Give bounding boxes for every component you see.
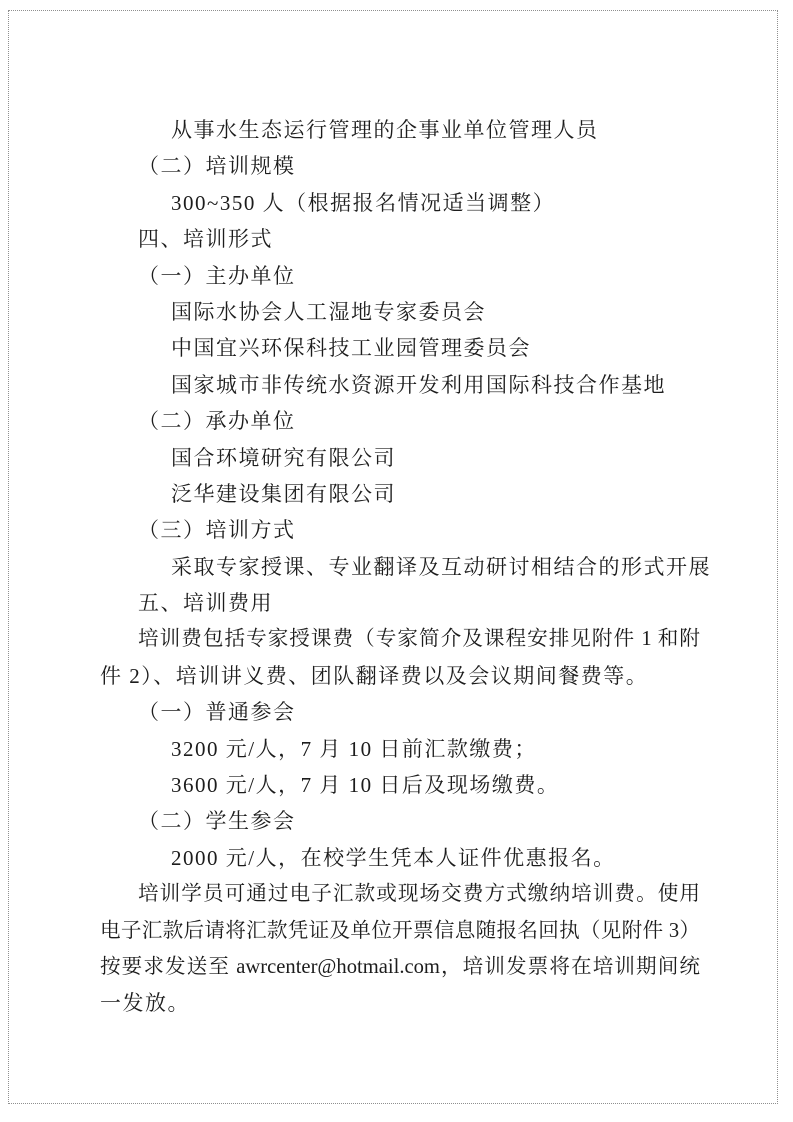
doc-line: 国合环境研究有限公司 bbox=[100, 440, 700, 476]
doc-line: 电子汇款后请将汇款凭证及单位开票信息随报名回执（见附件 3） bbox=[100, 913, 700, 949]
doc-line: （一）主办单位 bbox=[100, 258, 700, 294]
doc-line: 培训费包括专家授课费（专家简介及课程安排见附件 1 和附 bbox=[100, 621, 700, 657]
doc-line: 五、培训费用 bbox=[100, 585, 700, 621]
doc-line: （二）学生参会 bbox=[100, 803, 700, 839]
doc-line: （二）承办单位 bbox=[100, 403, 700, 439]
doc-line: 3200 元/人，7 月 10 日前汇款缴费； bbox=[100, 731, 700, 767]
doc-line: 2000 元/人，在校学生凭本人证件优惠报名。 bbox=[100, 840, 700, 876]
doc-line: 采取专家授课、专业翻译及互动研讨相结合的形式开展 bbox=[100, 549, 700, 585]
doc-line: （一）普通参会 bbox=[100, 694, 700, 730]
page-content: 从事水生态运行管理的企事业单位管理人员 （二）培训规模 300~350 人（根据… bbox=[100, 112, 700, 1022]
doc-line: 件 2）、培训讲义费、团队翻译费以及会议期间餐费等。 bbox=[100, 658, 700, 694]
doc-line: （二）培训规模 bbox=[100, 148, 700, 184]
doc-line: 国家城市非传统水资源开发利用国际科技合作基地 bbox=[100, 367, 700, 403]
doc-line: 一发放。 bbox=[100, 985, 700, 1021]
doc-line: 中国宜兴环保科技工业园管理委员会 bbox=[100, 330, 700, 366]
doc-line: （三）培训方式 bbox=[100, 512, 700, 548]
doc-line: 培训学员可通过电子汇款或现场交费方式缴纳培训费。使用 bbox=[100, 876, 700, 912]
doc-line: 泛华建设集团有限公司 bbox=[100, 476, 700, 512]
doc-line: 从事水生态运行管理的企事业单位管理人员 bbox=[100, 112, 700, 148]
doc-line: 300~350 人（根据报名情况适当调整） bbox=[100, 185, 700, 221]
doc-line: 四、培训形式 bbox=[100, 221, 700, 257]
doc-line: 国际水协会人工湿地专家委员会 bbox=[100, 294, 700, 330]
document-page: 从事水生态运行管理的企事业单位管理人员 （二）培训规模 300~350 人（根据… bbox=[0, 0, 793, 1122]
doc-line: 3600 元/人，7 月 10 日后及现场缴费。 bbox=[100, 767, 700, 803]
doc-line: 按要求发送至 awrcenter@hotmail.com，培训发票将在培训期间统 bbox=[100, 949, 700, 985]
